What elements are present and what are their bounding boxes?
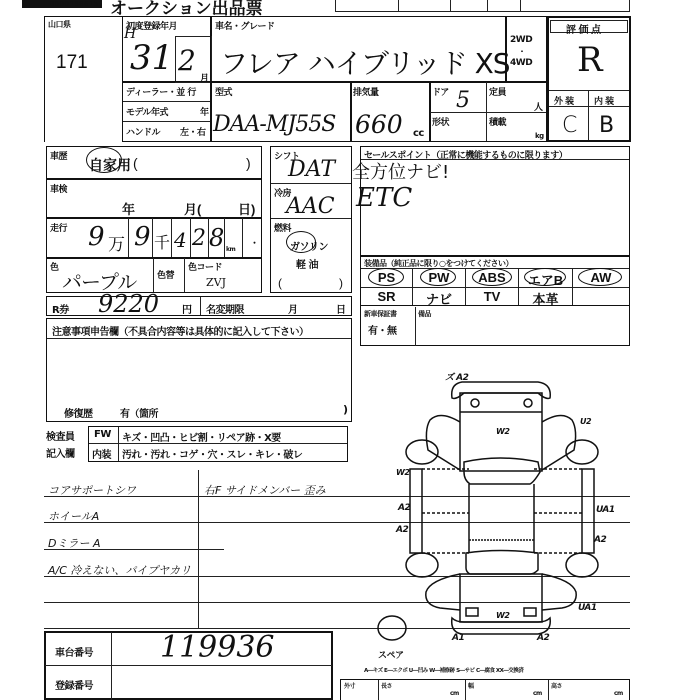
displacement-unit: cc bbox=[413, 128, 424, 139]
fuel-label: 燃料 bbox=[274, 221, 291, 234]
mileage-sen: 9 bbox=[134, 222, 151, 252]
recycle-value: 9220 bbox=[98, 290, 159, 318]
lot-number: 171 bbox=[56, 52, 88, 74]
size-length-unit: cm bbox=[450, 690, 459, 697]
airbag-circle bbox=[524, 268, 566, 286]
grade-score-value: R bbox=[577, 40, 603, 80]
type-value: DAA-MJ55S bbox=[213, 112, 335, 137]
sales-points-line2: ETC bbox=[356, 183, 412, 213]
region-label: 山口県 bbox=[48, 19, 71, 30]
mark-rear-bumper-right: A2 bbox=[537, 633, 549, 643]
mileage-label: 走行 bbox=[50, 221, 67, 234]
mark-left-rear-door: A2 bbox=[398, 503, 410, 513]
drive-dot: ・ bbox=[518, 46, 526, 57]
interior-inspect-label: 内装 bbox=[92, 446, 111, 461]
warranty-box bbox=[360, 306, 630, 346]
aw-circle bbox=[578, 268, 622, 286]
mark-right-rear-fender: UA1 bbox=[578, 603, 597, 613]
accessories-label: 備品 bbox=[418, 309, 431, 319]
mileage-tens: 2 bbox=[192, 226, 206, 251]
fuel-option-diesel[interactable]: 軽 油 bbox=[296, 256, 318, 271]
mileage-ones: 8 bbox=[209, 224, 224, 252]
color-code-value: ZVJ bbox=[206, 276, 226, 289]
size-width-label: 幅 bbox=[468, 681, 474, 690]
grade-score-label: 評 価 点 bbox=[566, 21, 600, 36]
note-left-2: ホイールA bbox=[48, 508, 99, 524]
size-length-label: 長さ bbox=[381, 681, 392, 690]
fuel-paren-open: ( bbox=[278, 276, 282, 290]
usage-paren-close: ) bbox=[246, 155, 251, 171]
sales-points-line1: 全方位ナビ! bbox=[352, 158, 449, 184]
chassis-label: 車台番号 bbox=[55, 644, 93, 659]
color-change-label: 色替 bbox=[157, 268, 174, 281]
inspection-day-unit: 日) bbox=[238, 199, 255, 218]
spare-label: スペア bbox=[378, 648, 404, 661]
ps-circle bbox=[368, 268, 404, 286]
note-left-4: A/C 冷えない、パイプヤカリ bbox=[48, 562, 191, 578]
chassis-value: 119936 bbox=[160, 630, 275, 665]
registration-year: 31 bbox=[130, 38, 173, 78]
fw-label: FW bbox=[94, 429, 111, 440]
lot-box bbox=[44, 16, 124, 142]
model-year-unit: 年 bbox=[200, 105, 209, 118]
vehicle-name-label: 車名・グレード bbox=[215, 19, 275, 32]
door-label: ドア bbox=[432, 85, 449, 98]
handle-options: 左・右 bbox=[180, 125, 206, 138]
vehicle-name-value: フレア ハイブリッド XS bbox=[220, 42, 510, 82]
color-label: 色 bbox=[50, 260, 59, 273]
weight-label: 積載 bbox=[489, 115, 506, 128]
dealer-label: ディーラー・並 行 bbox=[126, 85, 196, 98]
recycle-unit: 円 bbox=[182, 301, 192, 316]
recycle-box bbox=[46, 296, 352, 316]
repair-history-close: ) bbox=[343, 403, 348, 416]
damage-legend: A―キズ E―エクボ U―凹み W―補修跡 S―サビ C―腐食 XX―交換済 bbox=[364, 666, 523, 674]
mark-trunk: W2 bbox=[496, 611, 509, 620]
warranty-options[interactable]: 有・無 bbox=[368, 322, 397, 337]
mileage-sen-unit: 千 bbox=[154, 230, 170, 253]
aircon-value: AAC bbox=[286, 194, 335, 219]
type-label: 型式 bbox=[215, 85, 232, 98]
mark-left-sill: A2 bbox=[396, 525, 408, 535]
mark-right-front-fender: U2 bbox=[580, 417, 591, 426]
size-width-unit: cm bbox=[533, 690, 542, 697]
notes-label: 注意事項申告欄（不具合内容等は具体的に記入して下さい） bbox=[52, 323, 309, 338]
mark-right-rear-door: UA1 bbox=[596, 505, 615, 515]
fuel-paren-close: ) bbox=[339, 276, 343, 290]
handle-label: ハンドル bbox=[126, 125, 160, 138]
drive-box bbox=[505, 16, 547, 83]
repair-history-label: 修復歴 bbox=[64, 405, 93, 420]
registration-month: 2 bbox=[178, 44, 196, 77]
repair-history-value: 有（箇所 bbox=[120, 405, 158, 420]
recycle-label: R券 bbox=[52, 301, 69, 316]
inspector-label2: 記入欄 bbox=[46, 445, 75, 460]
usage-circle bbox=[86, 147, 122, 173]
size-height-unit: cm bbox=[614, 690, 623, 697]
note-left-3: Dミラー A bbox=[48, 535, 101, 551]
door-value: 5 bbox=[456, 88, 470, 113]
shape-label: 形状 bbox=[432, 115, 449, 128]
usage-box bbox=[46, 146, 262, 180]
mark-right-sill: A2 bbox=[594, 535, 606, 545]
name-change-day: 日 bbox=[336, 301, 346, 316]
mileage-man: 9 bbox=[88, 222, 105, 252]
mark-hood: W2 bbox=[496, 427, 509, 436]
drive-4wd[interactable]: 4WD bbox=[510, 58, 532, 68]
equipment-tv[interactable]: TV bbox=[466, 289, 518, 304]
name-change-month: 月 bbox=[288, 301, 298, 316]
inspection-box bbox=[46, 178, 262, 219]
inspector-label1: 検査員 bbox=[46, 428, 75, 443]
size-height-label: 高さ bbox=[551, 681, 562, 690]
name-change-label: 名変期限 bbox=[206, 301, 244, 316]
capacity-label: 定員 bbox=[489, 85, 506, 98]
mark-left-front-door: W2 bbox=[396, 468, 409, 477]
drive-2wd[interactable]: 2WD bbox=[510, 35, 532, 45]
pw-circle bbox=[420, 268, 456, 286]
inspection-year-unit: 年 bbox=[122, 199, 135, 218]
usage-label: 車歴 bbox=[50, 149, 67, 162]
mileage-man-unit: 万 bbox=[108, 230, 125, 255]
abs-circle bbox=[472, 268, 512, 286]
color-code-label: 色コード bbox=[188, 260, 222, 273]
interior-value: B bbox=[599, 113, 614, 138]
mark-front-bumper: ズ A2 bbox=[445, 370, 468, 383]
size-label1: 外寸 bbox=[344, 681, 355, 690]
interior-inspect-items: 汚れ・汚れ・コゲ・穴・スレ・キレ・破レ bbox=[122, 446, 302, 461]
note-right-1: 右F サイドメンバー 歪み bbox=[204, 482, 326, 498]
usage-paren-open: ( bbox=[133, 155, 138, 171]
mileage-dot: ・ bbox=[250, 236, 259, 249]
note-left-1: コアサポートシワ bbox=[48, 482, 136, 498]
weight-unit: kg bbox=[535, 132, 544, 140]
capacity-unit: 人 bbox=[534, 100, 543, 113]
interior-label: 内 装 bbox=[594, 94, 614, 107]
displacement-value: 660 bbox=[355, 110, 403, 139]
barcode-text: 0000138615 bbox=[50, 1, 99, 8]
inspection-month-unit: 月( bbox=[184, 199, 201, 218]
equipment-sr[interactable]: SR bbox=[361, 289, 412, 304]
shift-value: DAT bbox=[288, 157, 335, 182]
exterior-label: 外 装 bbox=[554, 94, 574, 107]
model-year-label: モデル年式 bbox=[126, 105, 168, 118]
fuel-gasoline-circle bbox=[286, 231, 316, 253]
warranty-label: 新車保証書 bbox=[364, 309, 397, 319]
displacement-label: 排気量 bbox=[353, 85, 379, 98]
fw-items: キズ・凹凸・ヒビ割・リペア跡・X要 bbox=[122, 429, 281, 444]
inspection-label: 車検 bbox=[50, 182, 67, 195]
title-side-box bbox=[335, 0, 630, 12]
mark-rear-bumper-left: A1 bbox=[452, 633, 464, 643]
exterior-value: C bbox=[562, 113, 577, 138]
mileage-unit: km bbox=[226, 246, 235, 253]
mileage-hundreds: 4 bbox=[174, 228, 187, 252]
registration-number-label: 登録番号 bbox=[55, 677, 93, 692]
